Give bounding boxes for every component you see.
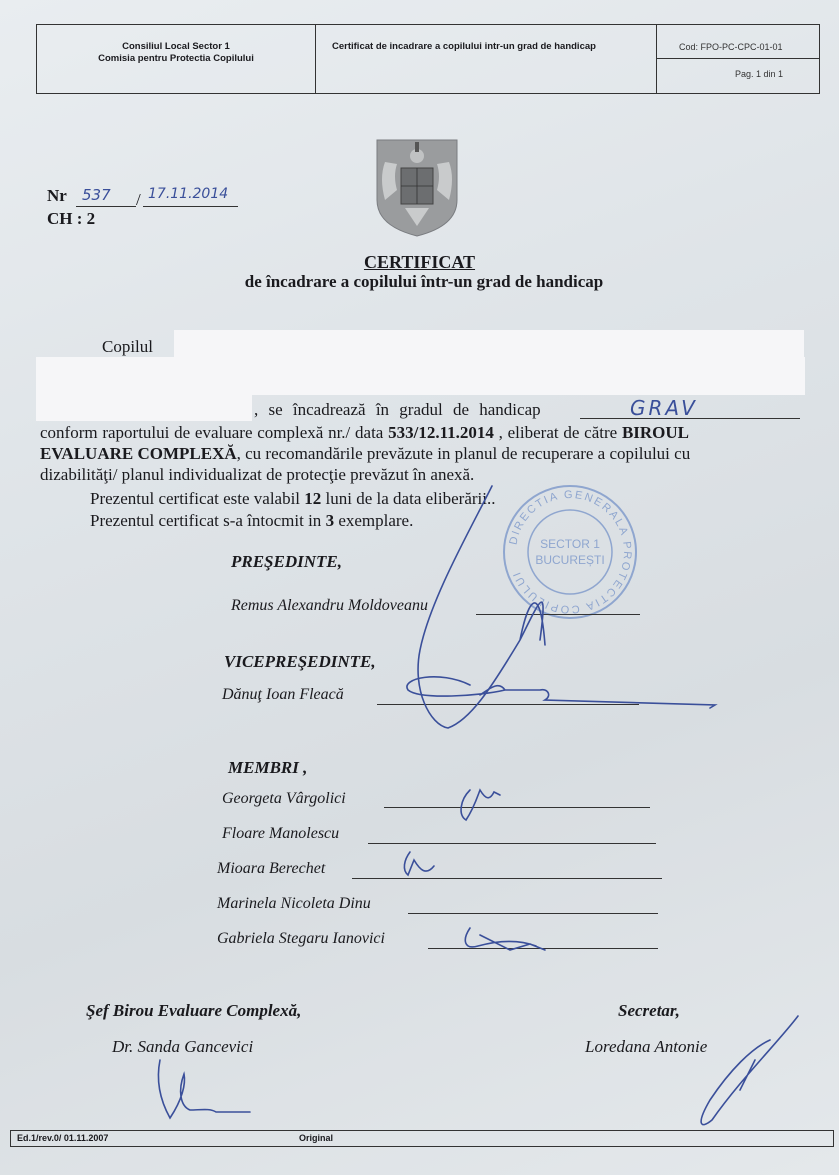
vice-president-signature-icon [407,677,715,708]
handwritten-signatures [0,0,839,1175]
copy-type: Original [299,1133,333,1143]
secretary-signature-icon [701,1016,798,1125]
head-of-office-signature-icon [158,1060,250,1118]
member-signature-icon [465,928,545,950]
president-signature-icon [418,486,545,728]
member-signature-icon [404,852,434,875]
document-footer: Ed.1/rev.0/ 01.11.2007 Original [10,1130,834,1147]
edition-info: Ed.1/rev.0/ 01.11.2007 [17,1133,108,1143]
member-signature-icon [461,790,500,820]
